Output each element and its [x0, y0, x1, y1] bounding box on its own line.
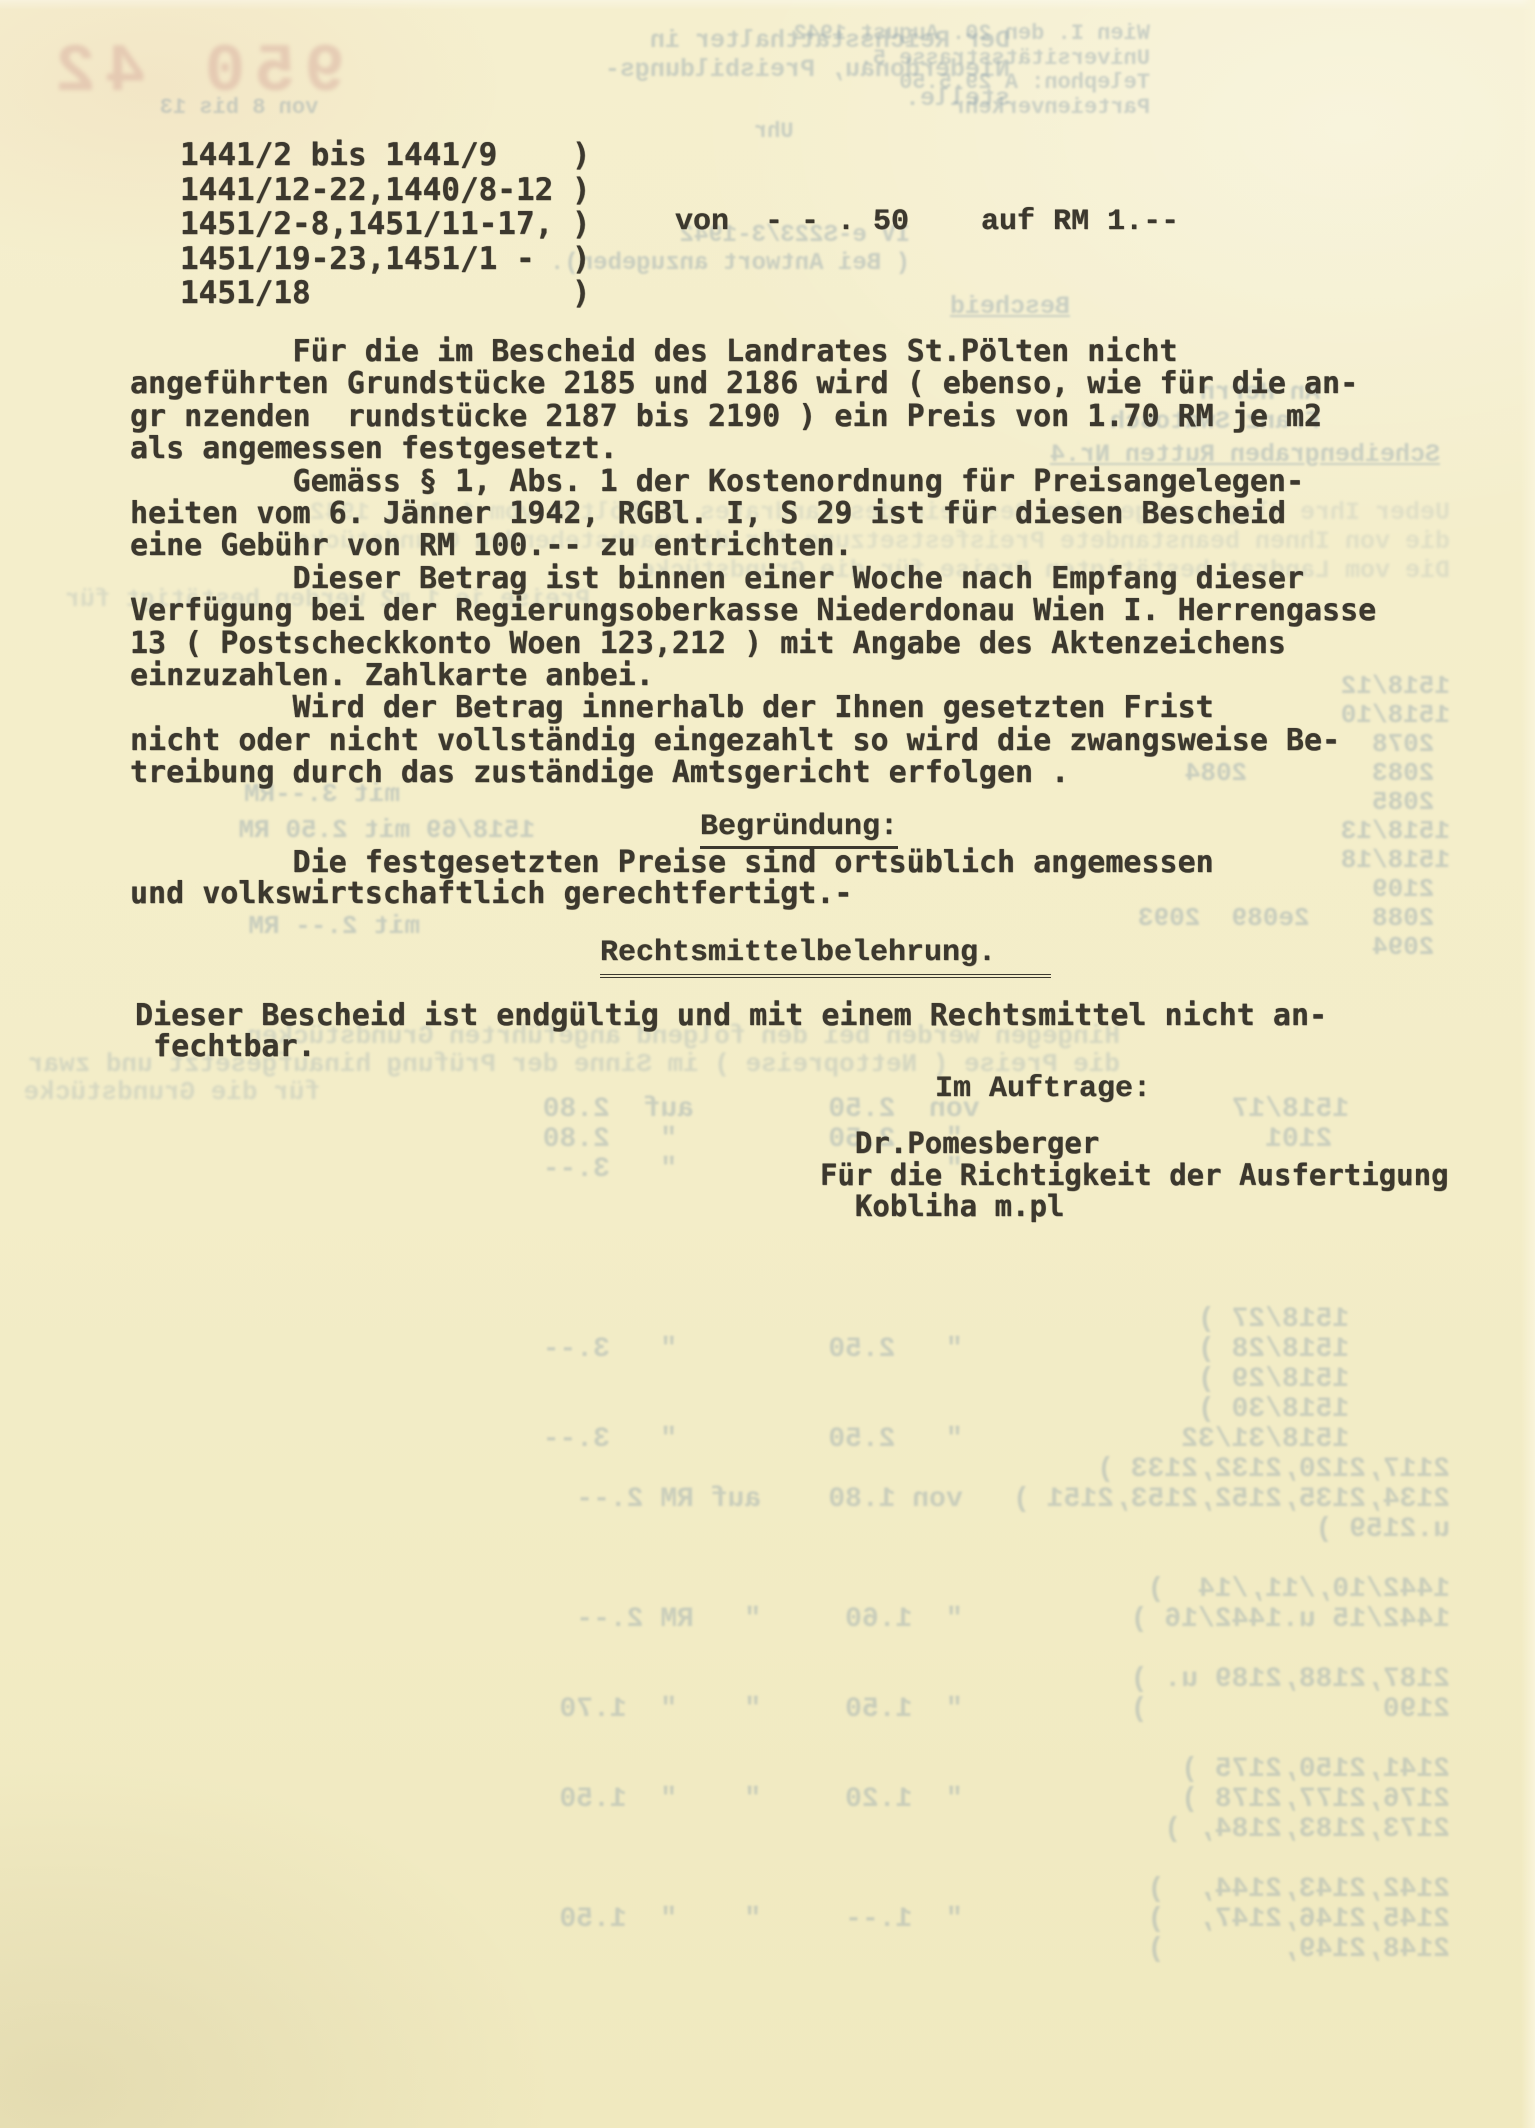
closing-text: Dieser Bescheid ist endgültig und mit ei… — [135, 1000, 1327, 1062]
bleed-stamp-number: 950 42 — [55, 58, 345, 87]
document-scan: 950 42 Der Reichsstatthalter in Niederdo… — [0, 0, 1535, 2128]
im-auftrage-line: Im Auftrage: — [935, 1072, 1151, 1106]
parcel-list: 1441/2 bis 1441/9 ) 1441/12-22,1440/8-12… — [180, 138, 591, 311]
begruendung-heading: Begründung: — [700, 810, 898, 849]
rechtsmittel-heading: Rechtsmittelbelehrung. — [600, 936, 1051, 978]
bleed-note-1518-69: 1518/69 mit 2.50 RM — [225, 816, 535, 845]
bleed-date-block: Wien I. den 20. August 1942 Universitäts… — [820, 22, 1150, 145]
bleed-grundstuecke-fragment: für die Grundstücke — [0, 1078, 320, 1107]
bleed-price-table: 1518/17 von 2.50 auf 2.80 2101 " 2.50 " … — [450, 1095, 1450, 1965]
bleed-note-mit-2rm: mit 2.-- RM — [230, 912, 420, 941]
signature-block: Dr.Pomesberger Für die Richtigkeit der A… — [820, 1128, 1449, 1223]
price-change-line: von - - . 50 auf RM 1.-- — [675, 205, 1179, 239]
body-text: Für die im Bescheid des Landrates St.Pöl… — [130, 336, 1376, 790]
bleed-bescheid-heading: Bescheid — [930, 292, 1070, 321]
begruendung-text: Die festgesetzten Preise sind ortsüblich… — [130, 847, 1214, 909]
